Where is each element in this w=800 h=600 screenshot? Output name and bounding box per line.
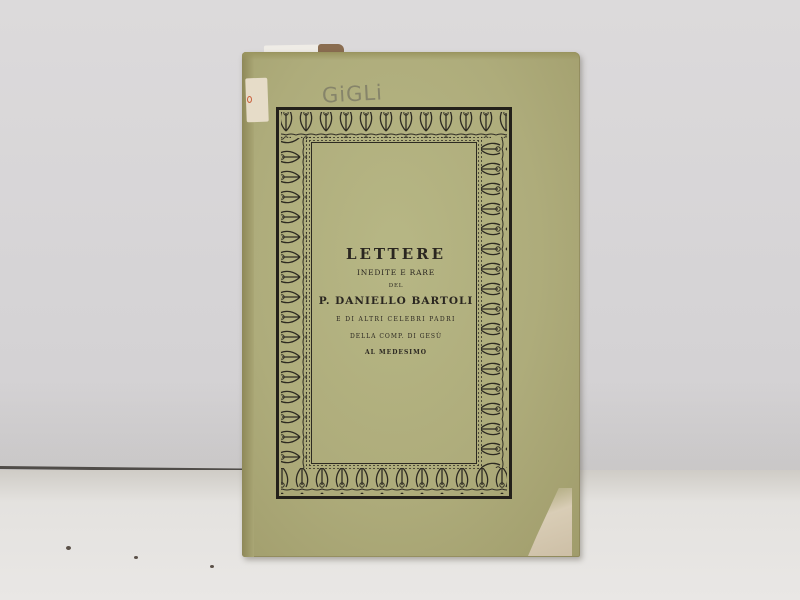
floor-speck (210, 565, 214, 568)
book-title: LETTERE (301, 245, 491, 263)
pencil-annotation: GiGLi (321, 80, 383, 107)
red-mark (247, 96, 252, 103)
top-edge-wear (242, 52, 580, 60)
cover-line-4: AL MEDESIMO (301, 349, 491, 356)
title-connector: DEL (301, 283, 491, 289)
book-author: P. DANIELLO BARTOLI (301, 295, 491, 307)
floor-speck (134, 556, 138, 559)
book-subtitle: INEDITE E RARE (301, 268, 491, 277)
cover-title-block: LETTERE INEDITE E RARE DEL P. DANIELLO B… (301, 240, 491, 356)
cover-line-2: E DI ALTRI CELEBRI PADRI (301, 316, 491, 323)
cover-line-3: DELLA COMP. DI GESÙ (301, 333, 491, 340)
floor-speck (66, 546, 71, 550)
spine-wear (242, 52, 254, 557)
